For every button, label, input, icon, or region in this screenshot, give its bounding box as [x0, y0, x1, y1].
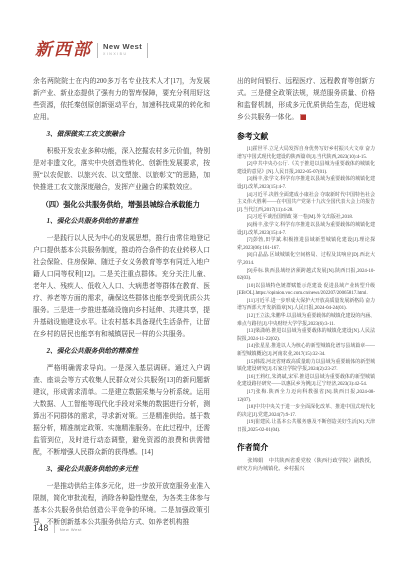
journal-logo-english: New West XINXIBU: [103, 43, 142, 57]
author-heading: 作者简介: [237, 443, 375, 453]
reference-item: [12]王立法,朱鹏华.以县域为重要载体的城镇化建设的内涵、难点与路径[J].中…: [237, 313, 375, 328]
reference-item: [1]霍世平.立足大局发挥自身优势写好乡村振兴大文章 奋力谱写中国式现代化建设的…: [237, 146, 375, 161]
reference-item: [13]梁潇萌.推进以县域为重要载体的城镇化建设[N].人民法院报,2024-1…: [237, 328, 375, 343]
right-column: 出的时间银行、远程医疗、远程教育等创新方式。三是健全政策法规，规范服务质量、价格…: [237, 76, 375, 526]
journal-logo-chinese: 新西部: [35, 40, 92, 60]
body-paragraph: 出的时间银行、远程医疗、远程教育等创新方式。三是健全政策法规，规范服务质量、价格…: [237, 76, 375, 124]
sub-heading: 1、强化公共服务供给的普惠性: [33, 216, 210, 228]
reference-item: [11]习近平.进一步形成大保护大开放高质量发展新格局 奋力谱写西部大开发新篇章…: [237, 298, 375, 313]
reference-item: [10]以县域特色链群赋能示范建设 促进县域产业转型升级[EB/OL].http…: [237, 283, 375, 298]
footer-journal-name: New West: [60, 527, 82, 532]
body-paragraph: 积极开发农业多种功能，深入挖掘农村多元价值，特别是对非遗文化，落实中央创造性转化…: [33, 146, 210, 194]
reference-item: [3]杨丰,张学文.科学有序推进以县域为重要载体的城镇化建设[J].改革,202…: [237, 176, 375, 191]
body-paragraph: 严格明确需求导向。一是深入基层调研。通过入户调查、座谈会等方式收集人民群众对公共…: [33, 363, 210, 459]
sub-heading: 3、做深做实工农文旅融合: [33, 129, 210, 141]
reference-item: [2]中共中央办公厅.《关于推进以县城为重要载体的城镇化建设的意见》[N].人民…: [237, 161, 375, 176]
reference-item: [15]韩霞.河北省财政高质量助力以县域为重要载体的新型城镇化建设研究[J].石…: [237, 359, 375, 374]
body-paragraph: 余名两院院士在内的200多万名专业技术人才[17]，为发展新产业、新业态提供了强…: [33, 76, 210, 124]
body-paragraph: 一是践行以人民为中心的发展思想，推行由常住地登记户口提供基本公共服务制度，推动符…: [33, 233, 210, 341]
logo-divider: [97, 43, 98, 58]
sub-heading: 3、强化公共服务供给的多元性: [33, 464, 210, 476]
references-heading: 参考文献: [237, 132, 375, 142]
section-heading: （四）强化公共服务供给，增强县城综合承载能力: [33, 199, 210, 211]
page-header: 新西部 New West XINXIBU: [35, 38, 153, 62]
logo-divider: [147, 43, 148, 58]
journal-page: 新西部 New West XINXIBU 余名两院院士在内的200多万名专业技术…: [0, 0, 402, 564]
reference-item: [19]崔建民.让基本公共服务惠及不断创造美好生活[N].天津日报,2025-0…: [237, 419, 375, 434]
journal-logo-subtitle: XINXIBU: [103, 52, 142, 57]
reference-item: [16]王莉红,朱鸿斌,宋军.推进以县域为重要载体的新型城镇化建设路径研究——以…: [237, 374, 375, 389]
sub-heading: 2、强化公共服务供给的精准性: [33, 346, 210, 358]
author-bio: 张锦娟 中共陕西省委党校（陕西行政学院）副教授，研究方向为城镇化、乡村振兴: [237, 457, 375, 474]
article-end-mark-icon: [300, 114, 306, 120]
reference-item: [4]习近平.决胜全面建成小康社会 夺取新时代中国特色社会主义伟大胜利——在中国…: [237, 192, 375, 215]
two-column-body: 余名两院院士在内的200多万名专业技术人才[17]，为发展新产业、新业态提供了强…: [33, 76, 375, 526]
body-paragraph: 一是推动供给主体多元化，进一步放开放宽服务业准入限制，简化审批流程，消除各种隐性…: [33, 481, 210, 526]
left-column: 余名两院院士在内的200多万名专业技术人才[17]，为发展新产业、新业态提供了强…: [33, 76, 210, 526]
reference-item: [9]乔标.陕西县域经济须跨越式发展[N].陕西日报,2024-10-02(03…: [237, 268, 375, 283]
reference-item: [14]张星星.推进以人为核心的新型城镇化谱写县域篇章——新型城镇概论[J].河…: [237, 343, 375, 358]
reference-item: [5]习近平谈治国理政 第一卷[M].外文出版社,2018.: [237, 214, 375, 222]
reference-item: [8]白晶晶.区域城镇化空间格局、过程及其响应[D].西北大学,2014.: [237, 252, 375, 267]
page-footer: 148 New West: [33, 522, 82, 536]
reference-item: [7]彭勃,田学斌.积极推进县域新型城镇化建设[J].理论探索,2023(06)…: [237, 237, 375, 252]
page-number: 148: [33, 524, 49, 534]
reference-item: [6]杨丰,张学文.科学有序推进以县域为重要载体的城镇化建设[J].改革,202…: [237, 222, 375, 237]
reference-item: [18]中共中央关于进一步全面深化改革、推进中国式现代化的决定[J].党建,20…: [237, 404, 375, 419]
footer-divider: [54, 525, 55, 533]
journal-logo-english-title: New West: [103, 43, 142, 51]
reference-item: [17]张梅.陕西全力迈向科教强省[N].陕西日报,2024-08-12(07)…: [237, 389, 375, 404]
references-list: [1]霍世平.立足大局发挥自身优势写好乡村振兴大文章 奋力谱写中国式现代化建设的…: [237, 146, 375, 435]
